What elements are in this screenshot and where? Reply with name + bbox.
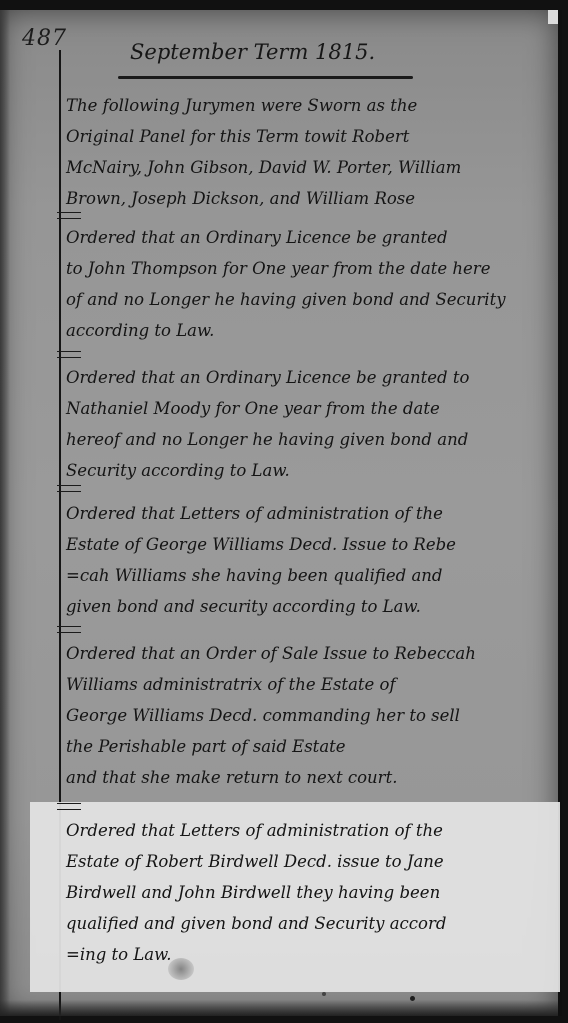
ledger-page: 487 September Term 1815. The following J…: [0, 10, 562, 1016]
entry-line: according to Law.: [66, 315, 546, 346]
entry-line: Estate of Robert Birdwell Decd. issue to…: [66, 846, 546, 877]
entry-line: Security according to Law.: [66, 455, 546, 486]
page-tab-mark: [548, 10, 558, 24]
ink-spot: [322, 992, 326, 996]
entry-birdwell-administration: Ordered that Letters of administration o…: [66, 815, 546, 970]
entry-line: The following Jurymen were Sworn as the: [66, 90, 546, 121]
entry-line: of and no Longer he having given bond an…: [66, 284, 546, 315]
entry-line: to John Thompson for One year from the d…: [66, 253, 546, 284]
entry-line: given bond and security according to Law…: [66, 591, 546, 622]
entry-line: qualified and given bond and Security ac…: [66, 908, 546, 939]
entry-marker: [57, 212, 81, 219]
entry-line: Ordered that an Ordinary Licence be gran…: [66, 222, 546, 253]
entry-line: Nathaniel Moody for One year from the da…: [66, 393, 546, 424]
term-heading: September Term 1815.: [130, 40, 375, 64]
entry-line: Ordered that Letters of administration o…: [66, 498, 546, 529]
entry-line: McNairy, John Gibson, David W. Porter, W…: [66, 152, 546, 183]
entry-line: hereof and no Longer he having given bon…: [66, 424, 546, 455]
entry-moody-licence: Ordered that an Ordinary Licence be gran…: [66, 362, 546, 486]
scan-frame: 487 September Term 1815. The following J…: [0, 0, 568, 1023]
entry-marker: [57, 626, 81, 633]
page-bottom-shadow: [0, 1000, 558, 1016]
entry-line: the Perishable part of said Estate: [66, 731, 546, 762]
entry-order-of-sale: Ordered that an Order of Sale Issue to R…: [66, 638, 546, 793]
entry-line: Williams administratrix of the Estate of: [66, 669, 546, 700]
entry-line: and that she make return to next court.: [66, 762, 546, 793]
entry-line: =cah Williams she having been qualified …: [66, 560, 546, 591]
entry-line: Estate of George Williams Decd. Issue to…: [66, 529, 546, 560]
entry-line: Ordered that an Order of Sale Issue to R…: [66, 638, 546, 669]
page-left-shadow: [0, 10, 10, 1016]
entry-marker: [57, 803, 81, 810]
entry-jurymen: The following Jurymen were Sworn as the …: [66, 90, 546, 214]
entry-marker: [57, 485, 81, 492]
entry-line: Ordered that an Ordinary Licence be gran…: [66, 362, 546, 393]
entry-line: Birdwell and John Birdwell they having b…: [66, 877, 546, 908]
entry-thompson-licence: Ordered that an Ordinary Licence be gran…: [66, 222, 546, 346]
heading-underline: [118, 76, 413, 79]
folio-number: 487: [22, 26, 67, 51]
entry-line: George Williams Decd. commanding her to …: [66, 700, 546, 731]
entry-line: Brown, Joseph Dickson, and William Rose: [66, 183, 546, 214]
entry-marker: [57, 351, 81, 358]
entry-line: =ing to Law.: [66, 939, 546, 970]
ink-smudge: [168, 958, 194, 980]
entry-line: Original Panel for this Term towit Rober…: [66, 121, 546, 152]
entry-line: Ordered that Letters of administration o…: [66, 815, 546, 846]
entry-williams-administration: Ordered that Letters of administration o…: [66, 498, 546, 622]
